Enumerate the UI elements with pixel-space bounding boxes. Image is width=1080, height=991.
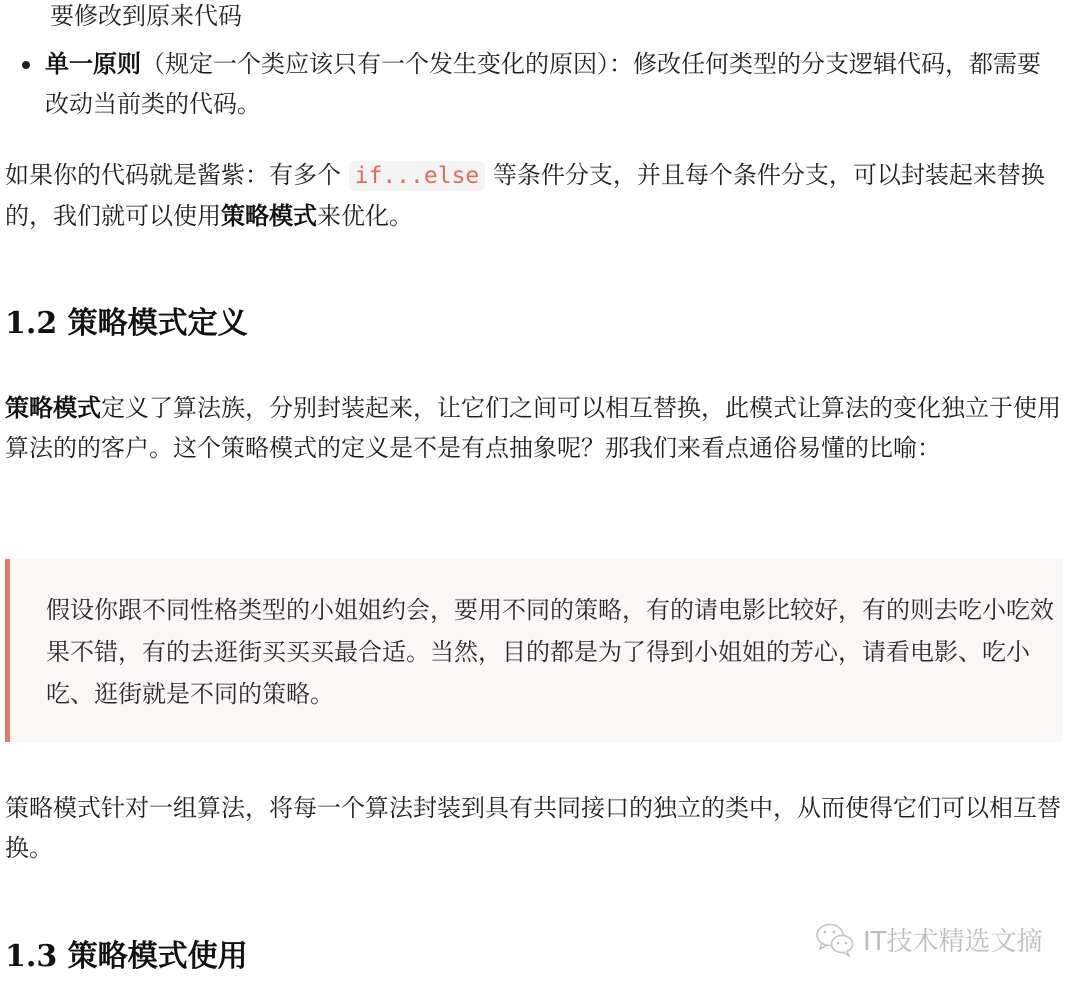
- heading-number: 1.3: [5, 939, 57, 974]
- section-heading-1-3: 1.3 策略模式使用: [5, 937, 248, 977]
- list-item-continuation: 要修改到原来代码: [50, 0, 242, 36]
- bold-term: 策略模式: [221, 202, 317, 230]
- watermark: IT技术精选文摘: [815, 921, 1043, 958]
- list-item-bold: 单一原则: [45, 50, 141, 78]
- bullet-icon: [22, 61, 30, 69]
- heading-number: 1.2: [5, 306, 57, 341]
- principle-list: 单一原则（规定一个类应该只有一个发生变化的原因）：修改任何类型的分支逻辑代码，都…: [5, 44, 1063, 124]
- watermark-text: IT技术精选文摘: [863, 921, 1043, 958]
- blockquote-text: 假设你跟不同性格类型的小姐姐约会，要用不同的策略，有的请电影比较好，有的则去吃小…: [46, 589, 1062, 715]
- wechat-icon: [815, 922, 855, 958]
- paragraph-text: 来优化。: [317, 202, 413, 230]
- heading-title: 策略模式定义: [68, 306, 248, 341]
- paragraph-if-else: 如果你的代码就是酱紫：有多个 if...else 等条件分支，并且每个条件分支，…: [5, 155, 1063, 236]
- inline-code: if...else: [349, 161, 486, 191]
- paragraph-text: 定义了算法族，分别封装起来，让它们之间可以相互替换，此模式让算法的变化独立于使用…: [5, 394, 1061, 462]
- paragraph-summary: 策略模式针对一组算法，将每一个算法封装到具有共同接口的独立的类中，从而使得它们可…: [5, 788, 1063, 868]
- paragraph-definition: 策略模式定义了算法族，分别封装起来，让它们之间可以相互替换，此模式让算法的变化独…: [5, 388, 1063, 468]
- list-item-text: （规定一个类应该只有一个发生变化的原因）：修改任何类型的分支逻辑代码，都需要改动…: [45, 50, 1041, 118]
- bold-term: 策略模式: [5, 394, 101, 422]
- paragraph-text: 如果你的代码就是酱紫：有多个: [5, 161, 349, 189]
- blockquote: 假设你跟不同性格类型的小姐姐约会，要用不同的策略，有的请电影比较好，有的则去吃小…: [5, 559, 1063, 742]
- section-heading-1-2: 1.2 策略模式定义: [5, 304, 248, 344]
- heading-title: 策略模式使用: [68, 939, 248, 974]
- list-item-single-responsibility: 单一原则（规定一个类应该只有一个发生变化的原因）：修改任何类型的分支逻辑代码，都…: [5, 44, 1063, 124]
